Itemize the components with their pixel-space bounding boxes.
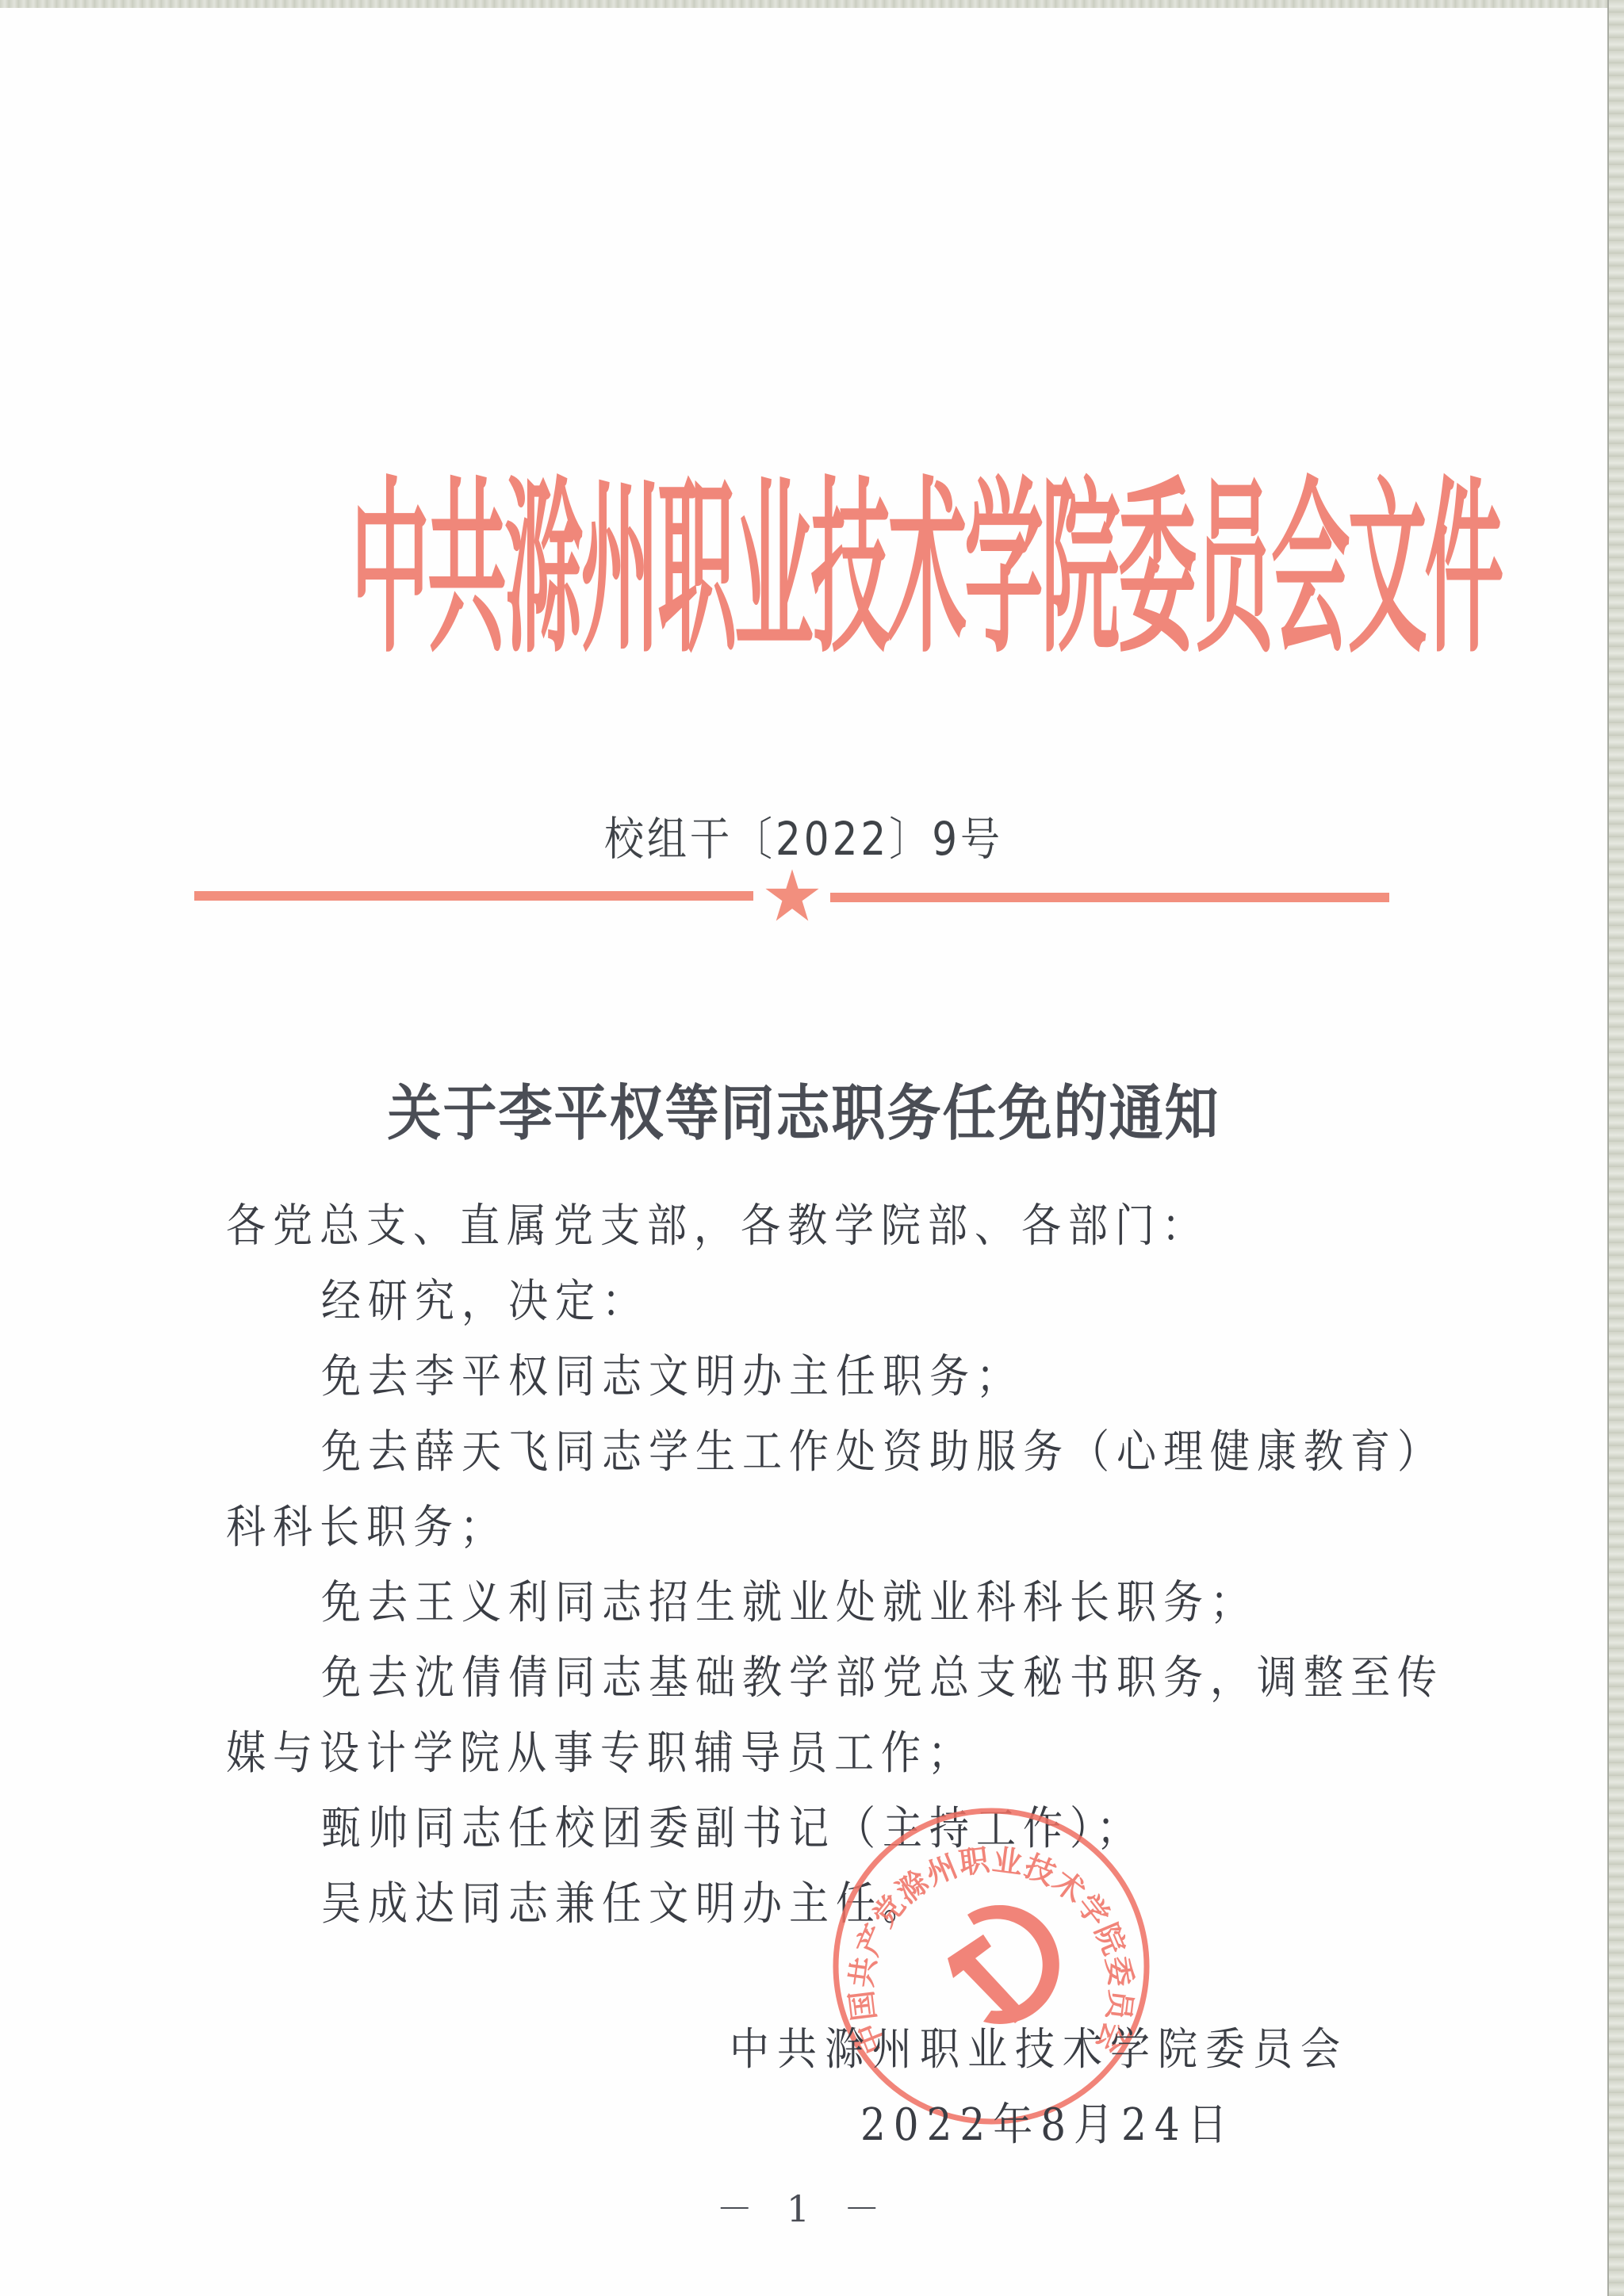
notice-title: 关于李平权等同志职务任免的通知	[0, 1066, 1607, 1152]
red-rule-left	[194, 891, 753, 901]
intro-line: 经研究，决定：	[321, 1265, 649, 1330]
official-seal: 中国共产党滁州职业技术学院委员会	[829, 1804, 1154, 2129]
signature-organization: 中共滁州职业技术学院委员会	[730, 2014, 1348, 2078]
red-header-title: 中共滁州职业技术学院委员会文件	[350, 395, 1235, 747]
page-number: － 1 －	[0, 2180, 1607, 2233]
party-emblem-icon	[948, 1905, 1059, 2024]
body-line-2: 免去薛天飞同志学生工作处资助服务（心理健康教育）	[321, 1415, 1444, 1481]
body-line-6: 媒与设计学院从事专职辅导员工作；	[226, 1716, 975, 1782]
body-line-4: 免去王义利同志招生就业处就业科科长职务；	[321, 1566, 1257, 1632]
star-icon	[764, 868, 820, 924]
scanner-edge-top	[0, 0, 1624, 8]
red-rule-right	[830, 893, 1389, 902]
body-line-1: 免去李平权同志文明办主任职务；	[321, 1340, 1023, 1406]
document-page: 中共滁州职业技术学院委员会文件 校组干〔2022〕9号 关于李平权等同志职务任免…	[0, 8, 1607, 2296]
document-number: 校组干〔2022〕9号	[0, 803, 1607, 869]
scanner-edge-right	[1607, 0, 1624, 2296]
body-line-5: 免去沈倩倩同志基础教学部党总支秘书职务，调整至传	[321, 1641, 1444, 1707]
body-line-3: 科科长职务；	[226, 1490, 507, 1556]
signature-date: 2022年8月24日	[860, 2089, 1235, 2153]
salutation: 各党总支、直属党支部，各教学院部、各部门：	[226, 1189, 1208, 1255]
